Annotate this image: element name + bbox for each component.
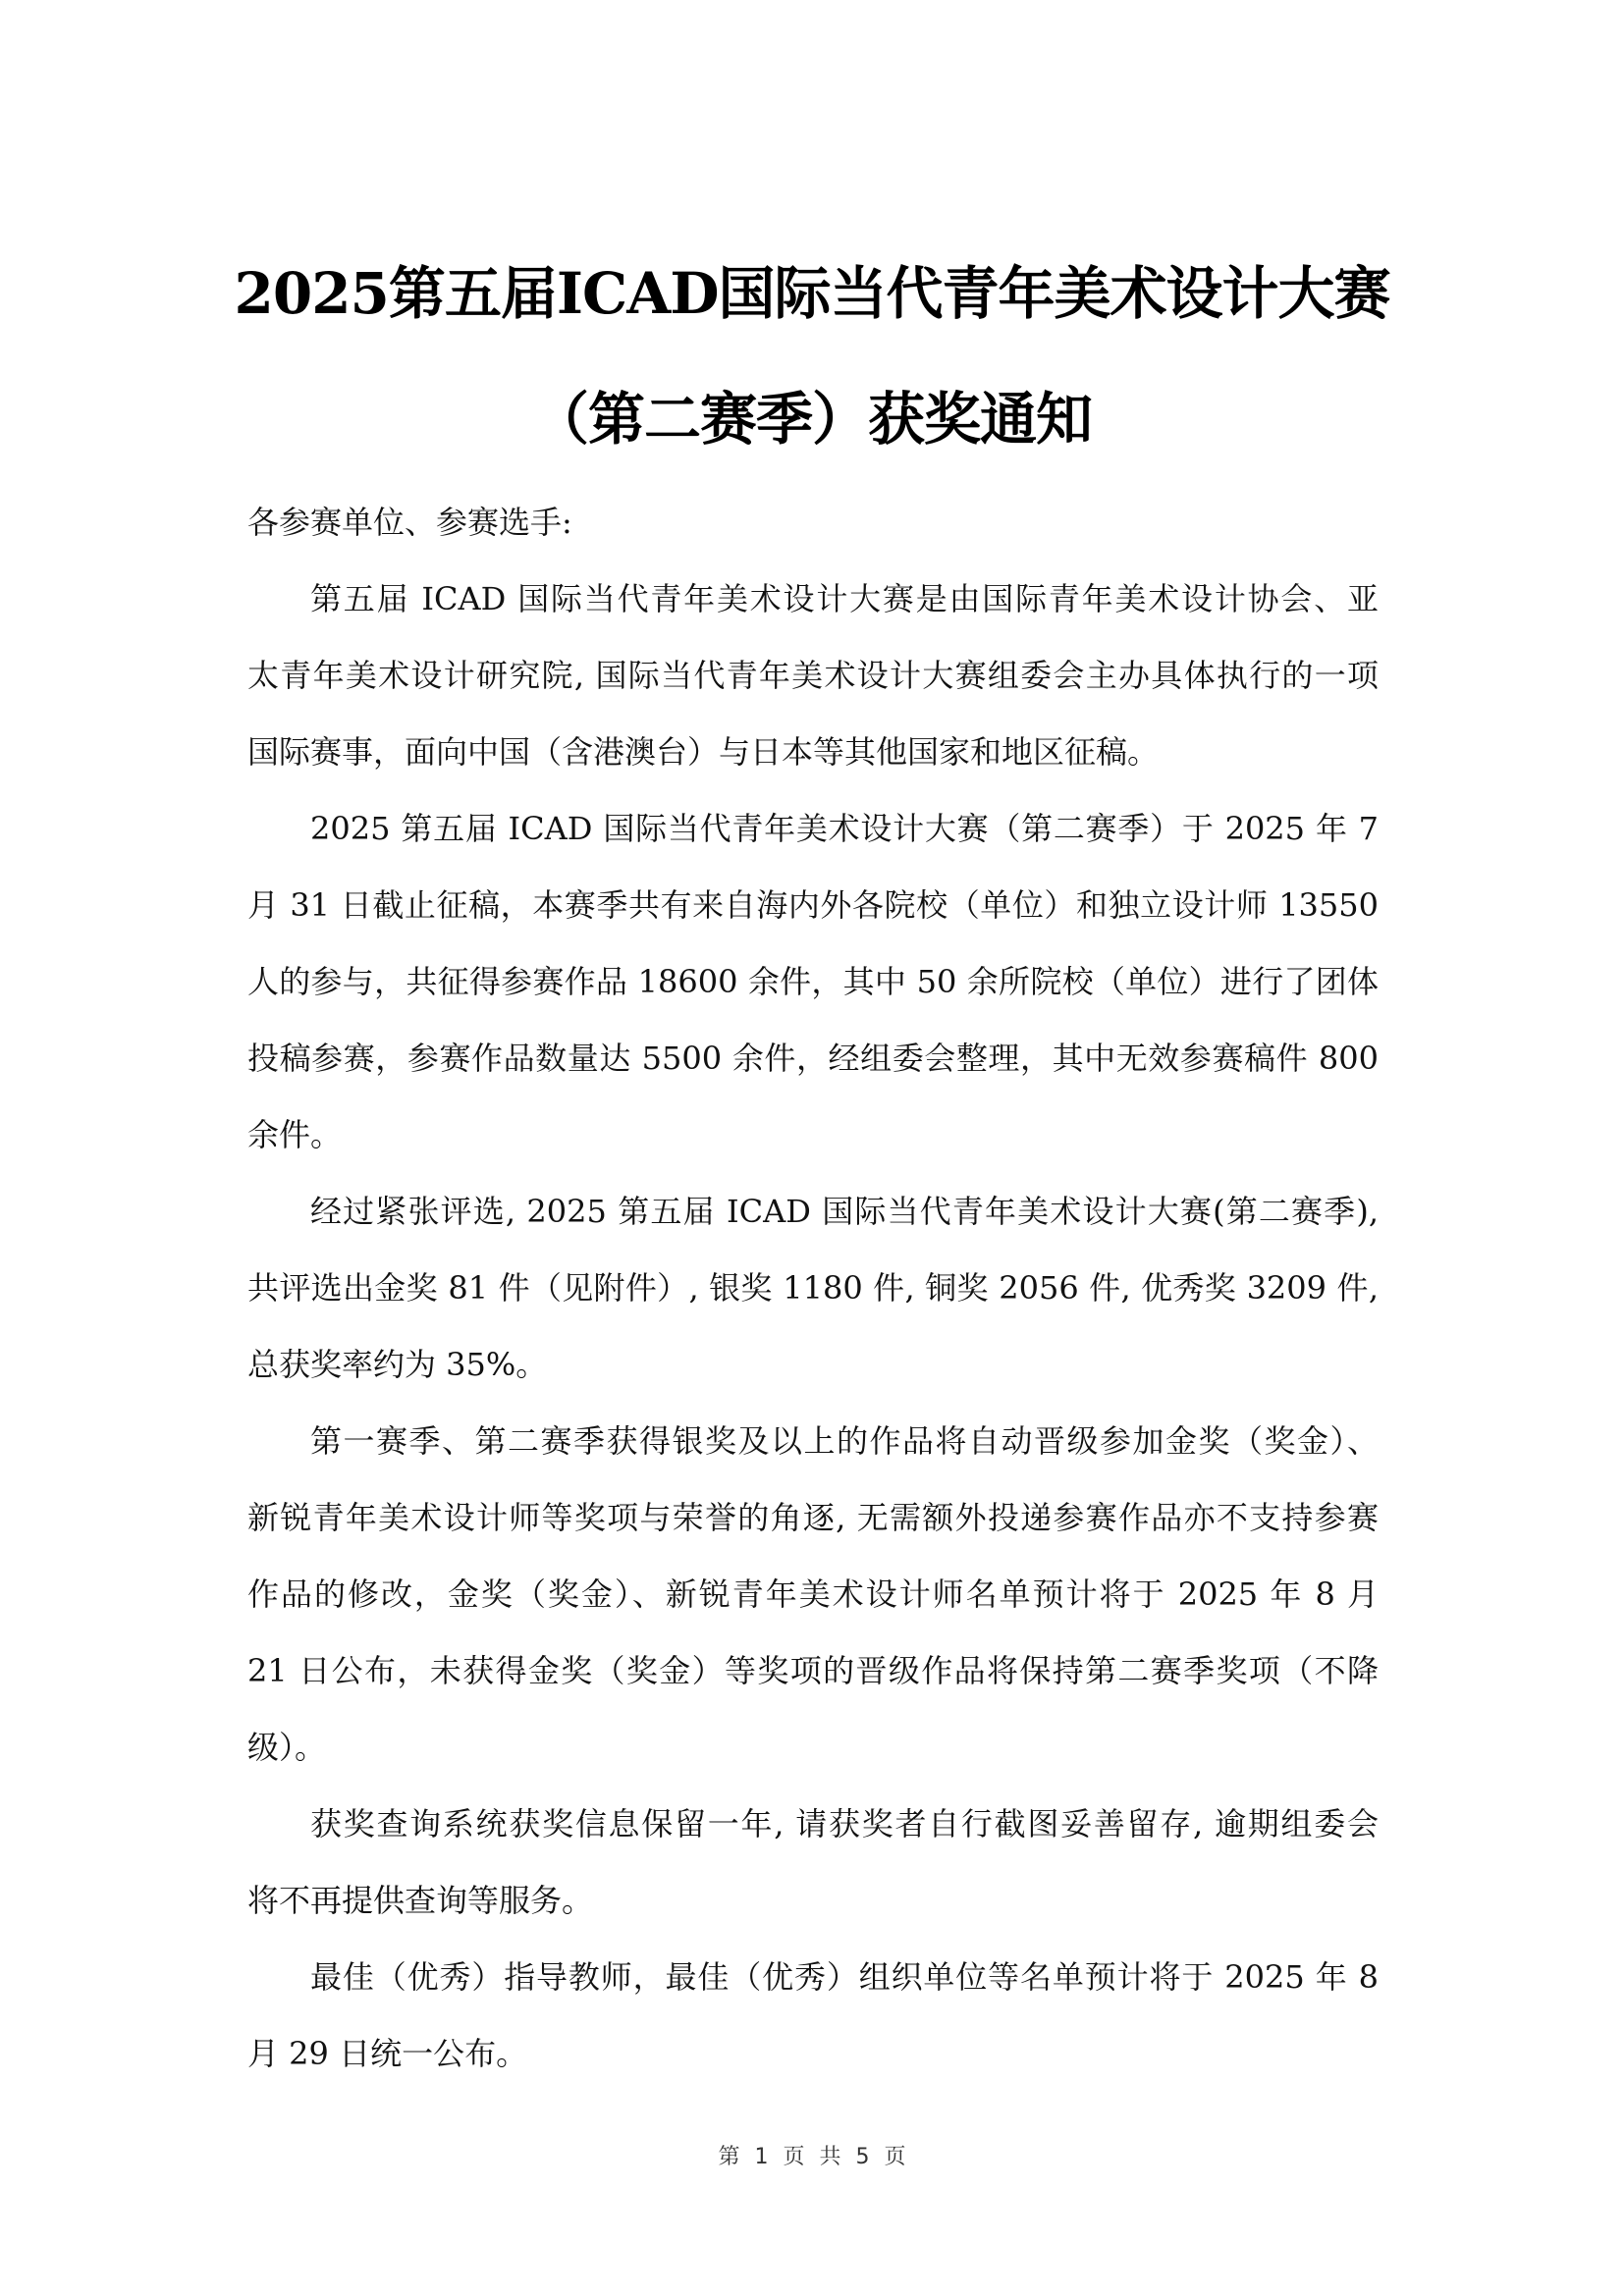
paragraph-4-line: 新锐青年美术设计师等奖项与荣誉的角逐, 无需额外投递参赛作品亦不支持参赛 xyxy=(247,1498,1379,1537)
paragraph-4-line: 作品的修改，金奖（奖金）、新锐青年美术设计师名单预计将于 2025 年 8 月 xyxy=(247,1575,1379,1614)
paragraph-3-line: 总获奖率约为 35%。 xyxy=(247,1345,1379,1384)
paragraph-6-line: 最佳（优秀）指导教师，最佳（优秀）组织单位等名单预计将于 2025 年 8 xyxy=(310,1957,1379,1997)
paragraph-5-line: 将不再提供查询等服务。 xyxy=(247,1881,1379,1920)
page-number-footer: 第 1 页 共 5 页 xyxy=(0,2140,1624,2170)
paragraph-2-line: 投稿参赛，参赛作品数量达 5500 余件，经组委会整理，其中无效参赛稿件 800 xyxy=(247,1039,1379,1078)
paragraph-4-line: 级）。 xyxy=(247,1728,1379,1767)
paragraph-2-line: 2025 第五届 ICAD 国际当代青年美术设计大赛（第二赛季）于 2025 年… xyxy=(310,809,1379,848)
paragraph-6-line: 月 29 日统一公布。 xyxy=(247,2034,1379,2073)
salutation: 各参赛单位、参赛选手: xyxy=(247,503,1379,542)
paragraph-4-line: 第一赛季、第二赛季获得银奖及以上的作品将自动晋级参加金奖（奖金）、 xyxy=(310,1421,1379,1461)
paragraph-4-line: 21 日公布，未获得金奖（奖金）等奖项的晋级作品将保持第二赛季奖项（不降 xyxy=(247,1651,1379,1690)
document-page: 2025第五届ICAD国际当代青年美术设计大赛 （第二赛季）获奖通知 各参赛单位… xyxy=(0,0,1624,2296)
paragraph-1-line: 太青年美术设计研究院, 国际当代青年美术设计大赛组委会主办具体执行的一项 xyxy=(247,656,1379,695)
paragraph-3-line: 经过紧张评选, 2025 第五届 ICAD 国际当代青年美术设计大赛(第二赛季)… xyxy=(310,1192,1379,1231)
paragraph-3-line: 共评选出金奖 81 件（见附件）, 银奖 1180 件, 铜奖 2056 件, … xyxy=(247,1268,1379,1308)
paragraph-1-line: 第五届 ICAD 国际当代青年美术设计大赛是由国际青年美术设计协会、亚 xyxy=(310,579,1379,618)
paragraph-2-line: 月 31 日截止征稿，本赛季共有来自海内外各院校（单位）和独立设计师 13550 xyxy=(247,885,1379,925)
paragraph-1-line: 国际赛事，面向中国（含港澳台）与日本等其他国家和地区征稿。 xyxy=(247,732,1379,772)
paragraph-5-line: 获奖查询系统获奖信息保留一年, 请获奖者自行截图妥善留存, 逾期组委会 xyxy=(310,1804,1379,1843)
document-title-line-1: 2025第五届ICAD国际当代青年美术设计大赛 xyxy=(0,247,1624,330)
document-title-line-2: （第二赛季）获奖通知 xyxy=(0,373,1624,455)
paragraph-2-line: 人的参与，共征得参赛作品 18600 余件，其中 50 余所院校（单位）进行了团… xyxy=(247,962,1379,1001)
paragraph-2-line: 余件。 xyxy=(247,1115,1379,1154)
